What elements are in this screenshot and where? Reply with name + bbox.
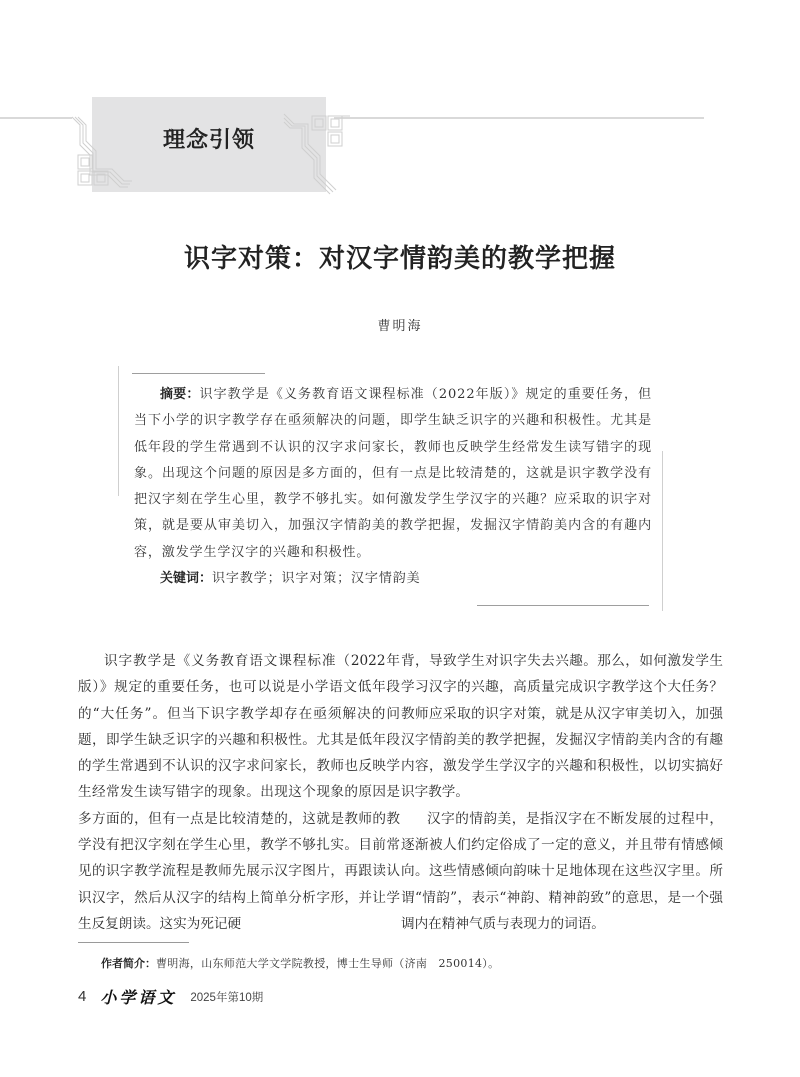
abstract-frame-right [662, 451, 663, 611]
body-paragraph: 背，导致学生对识字失去兴趣。那么，如何激发学生学习汉字的兴趣，高质量完成识字教学… [401, 648, 723, 806]
page-footer: 4 小学语文 2025年第10期 [78, 985, 263, 1008]
footnote-rule [78, 942, 189, 943]
keywords-label: 关键词： [160, 571, 212, 586]
body-column-left: 识字教学是《义务教育语文课程标准（2022年版）》规定的重要任务，也可以说是小学… [78, 648, 400, 937]
article-author: 曹明海 [0, 315, 800, 334]
abstract-paragraph: 摘要：识字教学是《义务教育语文课程标准（2022年版）》规定的重要任务，但当下小… [134, 382, 652, 566]
magazine-name: 小学语文 [100, 985, 176, 1008]
author-bio-text: 曹明海，山东师范大学文学院教授，博士生导师（济南 250014）。 [156, 957, 499, 970]
body-paragraph: 识字教学是《义务教育语文课程标准（2022年版）》规定的重要任务，也可以说是小学… [78, 648, 400, 937]
knot-ornament-icon [280, 110, 350, 200]
knot-ornament-icon [68, 115, 138, 205]
abstract-frame-left [118, 366, 119, 496]
abstract-frame-bottom [477, 605, 649, 606]
abstract-block: 摘要：识字教学是《义务教育语文课程标准（2022年版）》规定的重要任务，但当下小… [134, 382, 652, 592]
keywords-paragraph: 关键词：识字教学；识字对策；汉字情韵美 [134, 566, 652, 592]
article-title: 识字对策：对汉字情韵美的教学把握 [0, 238, 800, 275]
issue-label: 2025年第10期 [190, 989, 263, 1005]
header-rule-right [334, 117, 704, 119]
abstract-frame-top [132, 373, 265, 374]
author-bio-label: 作者简介： [101, 957, 156, 970]
header-rule-left [0, 117, 72, 119]
abstract-text: 识字教学是《义务教育语文课程标准（2022年版）》规定的重要任务，但当下小学的识… [134, 387, 652, 560]
body-paragraph: 汉字的情韵美，是指汉字在不断发展的过程中，逐渐被人们约定俗成了一定的意义，并且带… [401, 806, 723, 937]
abstract-label: 摘要： [160, 387, 200, 402]
author-bio: 作者简介：曹明海，山东师范大学文学院教授，博士生导师（济南 250014）。 [101, 955, 499, 971]
page-number: 4 [78, 988, 86, 1005]
keywords-text: 识字教学；识字对策；汉字情韵美 [212, 571, 421, 586]
body-column-right: 背，导致学生对识字失去兴趣。那么，如何激发学生学习汉字的兴趣，高质量完成识字教学… [401, 648, 723, 937]
